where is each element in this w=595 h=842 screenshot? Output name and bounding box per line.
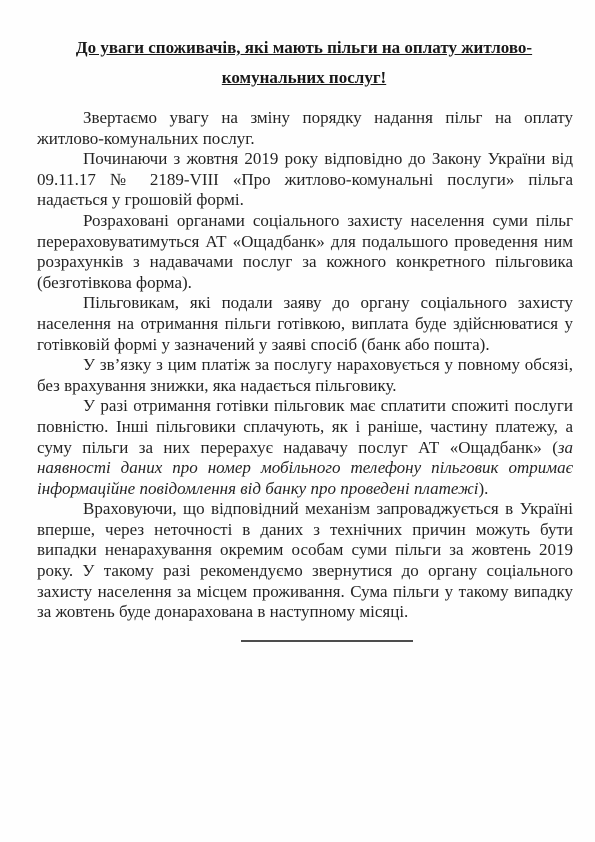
title-line-text-2: комунальних послуг! (222, 68, 386, 87)
title-line: До уваги споживачів, які мають пільги на… (68, 33, 540, 63)
notice-title: До уваги споживачів, які мають пільги на… (0, 0, 595, 93)
text-run: Звертаємо увагу на зміну порядку надання… (37, 108, 573, 148)
paragraph: Враховуючи, що відповідний механізм запр… (37, 499, 573, 623)
text-run: У зв’язку з цим платіж за послугу нарахо… (37, 355, 573, 395)
text-run: ). (479, 479, 489, 498)
paragraph: Звертаємо увагу на зміну порядку надання… (37, 108, 573, 149)
text-run: Враховуючи, що відповідний механізм запр… (37, 499, 573, 621)
paragraph: Розраховані органами соціального захисту… (37, 211, 573, 293)
paragraph: У зв’язку з цим платіж за послугу нарахо… (37, 355, 573, 396)
text-run: Починаючи з жовтня 2019 року відповідно … (37, 149, 573, 209)
paragraph: Починаючи з жовтня 2019 року відповідно … (37, 149, 573, 211)
notice-body: Звертаємо увагу на зміну порядку надання… (0, 108, 595, 623)
paragraph: Пільговикам, які подали заяву до органу … (37, 293, 573, 355)
title-line-text-1: До уваги споживачів, які мають пільги на… (76, 38, 532, 57)
text-run: Пільговикам, які подали заяву до органу … (37, 293, 573, 353)
title-line: комунальних послуг! (68, 63, 540, 93)
text-run: У разі отримання готівки пільговик має с… (37, 396, 573, 456)
scanned-notice-page: До уваги споживачів, які мають пільги на… (0, 0, 595, 842)
signature-separator-line (241, 640, 413, 642)
text-run: Розраховані органами соціального захисту… (37, 211, 573, 292)
paragraph: У разі отримання готівки пільговик має с… (37, 396, 573, 499)
